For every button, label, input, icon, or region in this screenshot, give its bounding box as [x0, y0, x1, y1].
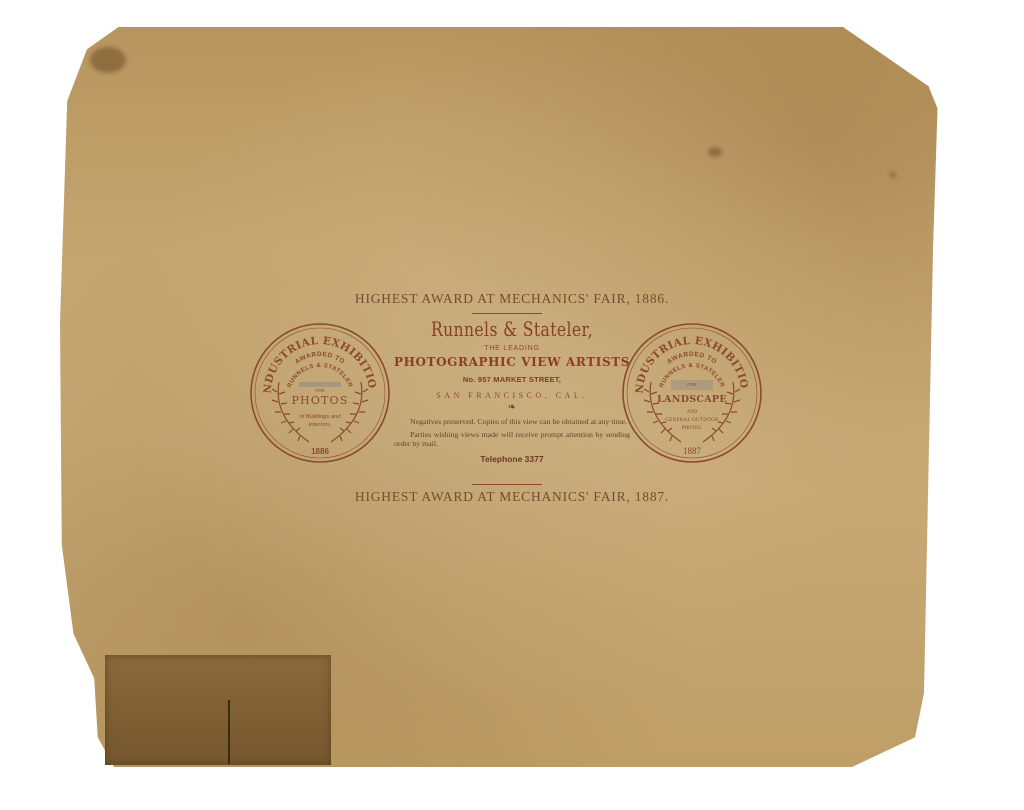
svg-text:of Buildings and: of Buildings and [299, 414, 341, 420]
footer-award: HIGHEST AWARD AT MECHANICS' FAIR, 1887. [0, 489, 1024, 505]
medal-1886: INDUSTRIAL EXHIBITION AWARDED TO RUNNELS… [249, 322, 391, 464]
title: PHOTOGRAPHIC VIEW ARTISTS [372, 355, 652, 369]
city: SAN FRANCISCO, CAL. [392, 391, 632, 400]
svg-text:1887: 1887 [683, 446, 702, 456]
spot-stain [708, 147, 722, 157]
notice-mail-order: Parties wishing views made will receive … [392, 430, 632, 448]
svg-text:FOR: FOR [687, 382, 697, 387]
flourish-icon: ❧ [392, 402, 632, 413]
medal-ring-icon: INDUSTRIAL EXHIBITION AWARDED TO RUNNELS… [621, 322, 763, 464]
bottom-rule [472, 484, 542, 485]
svg-text:Interiors.: Interiors. [309, 422, 332, 428]
telephone: Telephone 3377 [392, 454, 632, 464]
spot-stain [890, 172, 896, 178]
svg-text:AND: AND [687, 410, 698, 415]
paper-patch [105, 655, 331, 765]
svg-text:PHOTOS: PHOTOS [291, 394, 348, 407]
top-rule [472, 313, 542, 314]
notice-negatives: Negatives preserved. Copies of this view… [392, 417, 632, 426]
corner-stain [90, 47, 126, 73]
svg-text:FOR: FOR [315, 388, 325, 393]
medal-1887: INDUSTRIAL EXHIBITION AWARDED TO RUNNELS… [621, 322, 763, 464]
svg-text:LANDSCAPE: LANDSCAPE [657, 394, 727, 405]
tagline: THE LEADING [392, 345, 632, 352]
svg-text:1886: 1886 [311, 447, 329, 456]
medal-ring-icon: INDUSTRIAL EXHIBITION AWARDED TO RUNNELS… [249, 322, 391, 464]
svg-text:GENERAL OUTDOOR: GENERAL OUTDOOR [665, 418, 719, 423]
patch-tear [228, 700, 230, 764]
firm-name: Runnels & Stateler, [387, 317, 637, 341]
header-award: HIGHEST AWARD AT MECHANICS' FAIR, 1886. [0, 291, 1024, 307]
svg-text:PHOTOS.: PHOTOS. [682, 426, 703, 431]
center-block: Runnels & Stateler, THE LEADING PHOTOGRA… [392, 317, 632, 464]
address: No. 957 MARKET STREET, [392, 375, 632, 384]
